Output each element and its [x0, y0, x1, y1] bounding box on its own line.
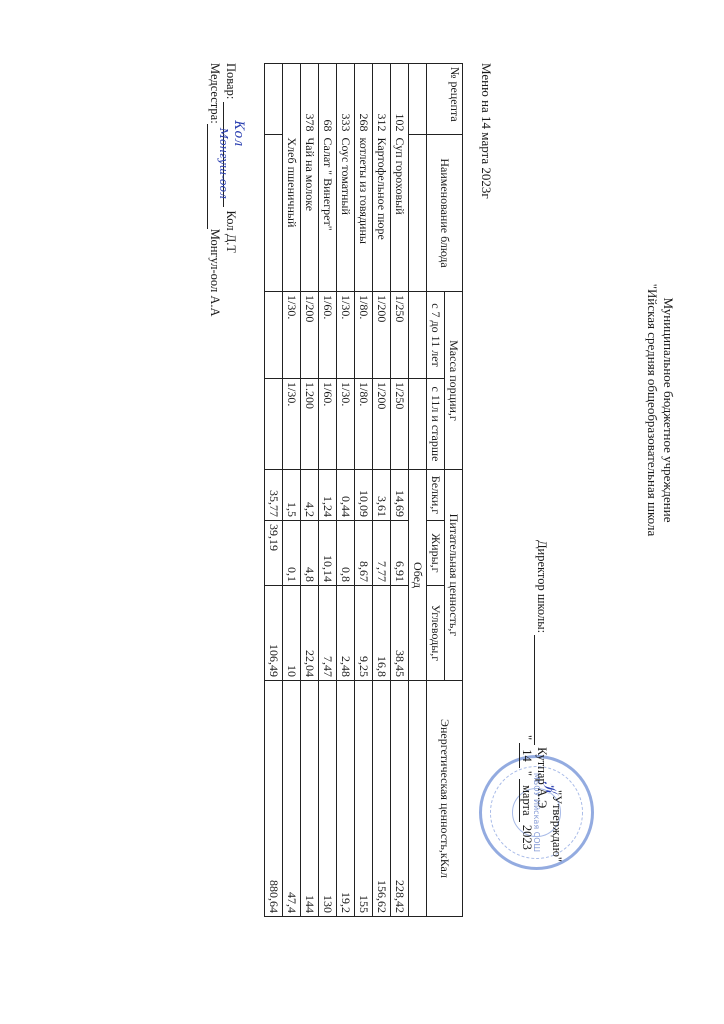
dish-name: Суп гороховый	[391, 135, 409, 292]
approval-date: " 14 " марта 2023	[519, 735, 534, 850]
dish-name: Картофельное пюре	[373, 135, 391, 292]
date-year: 2023	[520, 825, 534, 850]
total-carbs: 106,49	[265, 586, 283, 681]
director-line: Директор школы:Кутпар А.Э	[534, 540, 549, 808]
portion-7-11: 1/200	[301, 292, 319, 379]
fats-value: 10,14	[319, 521, 337, 586]
portion-7-11: 1/250	[391, 292, 409, 379]
portion-7-11: 1/200	[373, 292, 391, 379]
nurse-name: Монгул-оол А.А	[208, 229, 222, 317]
header-proteins: Белки,г	[427, 470, 445, 521]
fats-value: 6,91	[391, 521, 409, 586]
cook-handwritten-signature: Кол	[231, 120, 246, 146]
recipe-number	[283, 64, 301, 135]
carbs-value: 2,48	[337, 586, 355, 681]
rotated-document-page: Муниципальное бюджетное учреждение "Ийск…	[0, 0, 724, 1024]
proteins-value: 1,24	[319, 470, 337, 521]
carbs-value: 9,25	[355, 586, 373, 681]
portion-11-plus: 1/200	[373, 379, 391, 470]
portion-11-plus: 1/30.	[337, 379, 355, 470]
empty-cell	[265, 135, 283, 292]
table-row: 68Салат " Винегрет"1/60.1/60.1,2410,147,…	[319, 64, 337, 917]
fats-value: 8,67	[355, 521, 373, 586]
header-age-7-11: с 7 до 11 лет	[427, 292, 445, 379]
portion-7-11: 1/30.	[337, 292, 355, 379]
proteins-value: 14,69	[391, 470, 409, 521]
header-portion-mass: Масса порции,г	[445, 292, 463, 470]
header-nutrition: Питательная ценность,г	[445, 470, 463, 681]
proteins-value: 4,2	[301, 470, 319, 521]
empty-cell	[265, 379, 283, 470]
date-month: марта	[519, 779, 534, 822]
portion-11-plus: 1/80.	[355, 379, 373, 470]
menu-table: № рецепта Наименование блюда Масса порци…	[264, 63, 463, 917]
table-row: 102Суп гороховый1/2501/25014,696,9138,45…	[391, 64, 409, 917]
header-recipe-no: № рецепта	[427, 64, 463, 135]
recipe-number: 102	[391, 64, 409, 135]
portion-7-11: 1/80.	[355, 292, 373, 379]
dish-name: Хлеб пшеничный	[283, 135, 301, 292]
nurse-label: Медсестра:	[208, 63, 222, 124]
date-day: 14	[519, 743, 534, 768]
fats-value: 4,8	[301, 521, 319, 586]
dish-name: Салат " Винегрет"	[319, 135, 337, 292]
energy-value: 155	[355, 681, 373, 917]
total-energy: 880,64	[265, 681, 283, 917]
header-age-11-plus: с 11л и старше	[427, 379, 445, 470]
proteins-value: 10,09	[355, 470, 373, 521]
energy-value: 144	[301, 681, 319, 917]
director-label: Директор школы:	[535, 540, 549, 633]
total-proteins: 35,77	[265, 470, 283, 521]
fats-value: 7,77	[373, 521, 391, 586]
carbs-value: 10	[283, 586, 301, 681]
total-fats: 39,19	[265, 521, 283, 586]
nurse-handwritten-signature: Монгуш-оол	[217, 128, 230, 199]
fats-value: 0,1	[283, 521, 301, 586]
dish-name: Чай на молоке	[301, 135, 319, 292]
energy-value: 47,4	[283, 681, 301, 917]
energy-value: 228,42	[391, 681, 409, 917]
header-dish-name: Наименование блюда	[427, 135, 463, 292]
dish-name: котлеты из говядины	[355, 135, 373, 292]
recipe-number: 68	[319, 64, 337, 135]
section-label: Обед	[409, 470, 427, 681]
org-name-line2: "Ийская средняя общеобразовательная школ…	[644, 200, 660, 620]
cook-name: Кол Д.Т	[224, 211, 238, 253]
carbs-value: 7,47	[319, 586, 337, 681]
energy-value: 156,62	[373, 681, 391, 917]
table-row: Хлеб пшеничный1/30.1/30.1,50,11047,4	[283, 64, 301, 917]
table-row: 378Чай на молоке1/2001.2004,24,822,04144	[301, 64, 319, 917]
nurse-signature-line: Медсестра:Монгуш-оолМонгул-оол А.А	[207, 63, 222, 317]
empty-cell	[265, 64, 283, 135]
recipe-number: 268	[355, 64, 373, 135]
table-row: 268котлеты из говядины1/80.1/80.10,098,6…	[355, 64, 373, 917]
portion-11-plus: 1/30.	[283, 379, 301, 470]
recipe-number: 378	[301, 64, 319, 135]
portion-11-plus: 1.200	[301, 379, 319, 470]
recipe-number: 333	[337, 64, 355, 135]
header-fats: Жиры,г	[427, 521, 445, 586]
empty-cell	[265, 292, 283, 379]
portion-7-11: 1/30.	[283, 292, 301, 379]
energy-value: 130	[319, 681, 337, 917]
header-carbs: Углеводы,г	[427, 586, 445, 681]
carbs-value: 22,04	[301, 586, 319, 681]
fats-value: 0,8	[337, 521, 355, 586]
org-name-line1: Муниципальное бюджетное учреждение	[660, 200, 676, 620]
proteins-value: 0,44	[337, 470, 355, 521]
menu-title: Меню на 14 марта 2023г	[478, 63, 494, 199]
cook-label: Повар:	[224, 63, 238, 99]
header-energy: Энергетическая ценность,кКал	[427, 681, 463, 917]
proteins-value: 1,5	[283, 470, 301, 521]
table-row: 312Картофельное пюре1/2001/2003,617,7716…	[373, 64, 391, 917]
totals-row: 35,7739,19106,49880,64	[265, 64, 283, 917]
signature-line	[534, 635, 547, 745]
proteins-value: 3,61	[373, 470, 391, 521]
carbs-value: 38,45	[391, 586, 409, 681]
portion-7-11: 1/60.	[319, 292, 337, 379]
dish-name: Соус томатный	[337, 135, 355, 292]
table-row: 333Соус томатный1/30.1/30.0,440,82,4819,…	[337, 64, 355, 917]
energy-value: 19,2	[337, 681, 355, 917]
section-row: Обед	[409, 64, 427, 917]
nurse-signature-field: Монгуш-оол	[207, 124, 222, 229]
portion-11-plus: 1/250	[391, 379, 409, 470]
portion-11-plus: 1/60.	[319, 379, 337, 470]
recipe-number: 312	[373, 64, 391, 135]
director-name: Кутпар А.Э	[535, 747, 549, 808]
approval-label: "Утверждаю"	[549, 790, 564, 862]
carbs-value: 16,8	[373, 586, 391, 681]
